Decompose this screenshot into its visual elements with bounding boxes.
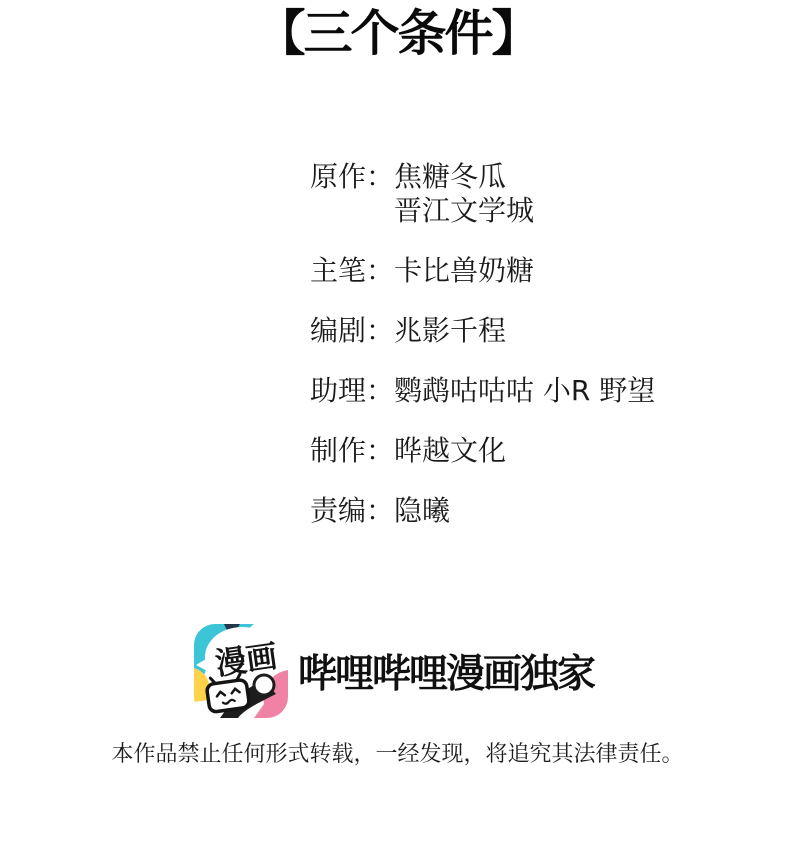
credit-row-original-work: 原作： 焦糖冬瓜 晋江文学城	[310, 160, 655, 228]
credit-label: 助理：	[310, 374, 394, 408]
credit-label: 编剧：	[310, 314, 394, 348]
credit-value: 晔越文化	[394, 434, 506, 468]
copyright-disclaimer: 本作品禁止任何形式转载，一经发现，将追究其法律责任。	[0, 737, 795, 768]
credit-value: 卡比兽奶糖	[394, 254, 534, 288]
page-title: 【三个条件】	[0, 2, 795, 64]
credit-value: 焦糖冬瓜 晋江文学城	[394, 160, 534, 228]
credit-label: 原作：	[310, 160, 394, 228]
credit-label: 主笔：	[310, 254, 394, 288]
credit-row-editor: 责编： 隐曦	[310, 494, 655, 528]
credit-label: 责编：	[310, 494, 394, 528]
credit-label: 制作：	[310, 434, 394, 468]
credit-row-production: 制作： 晔越文化	[310, 434, 655, 468]
exclusive-text: 哔哩哔哩漫画独家	[298, 643, 594, 699]
credit-value: 兆影千程	[394, 314, 506, 348]
publisher-banner: 漫画 哔哩哔哩漫画独家	[194, 624, 594, 718]
credit-value-line2: 晋江文学城	[394, 194, 534, 228]
icon-fist	[254, 675, 274, 695]
credits-list: 原作： 焦糖冬瓜 晋江文学城 主笔： 卡比兽奶糖 编剧： 兆影千程 助理： 鹦鹉…	[310, 160, 655, 554]
credit-value: 隐曦	[394, 494, 450, 528]
credit-row-assistants: 助理： 鹦鹉咕咕咕 小R 野望	[310, 374, 655, 408]
credit-value: 鹦鹉咕咕咕 小R 野望	[394, 374, 655, 408]
credit-row-screenwriter: 编剧： 兆影千程	[310, 314, 655, 348]
credit-row-lead-artist: 主笔： 卡比兽奶糖	[310, 254, 655, 288]
credit-value-line1: 焦糖冬瓜	[394, 160, 534, 194]
bilibili-manga-app-icon: 漫画	[194, 624, 288, 718]
credits-page: 【三个条件】 原作： 焦糖冬瓜 晋江文学城 主笔： 卡比兽奶糖 编剧： 兆影千程…	[0, 0, 795, 850]
